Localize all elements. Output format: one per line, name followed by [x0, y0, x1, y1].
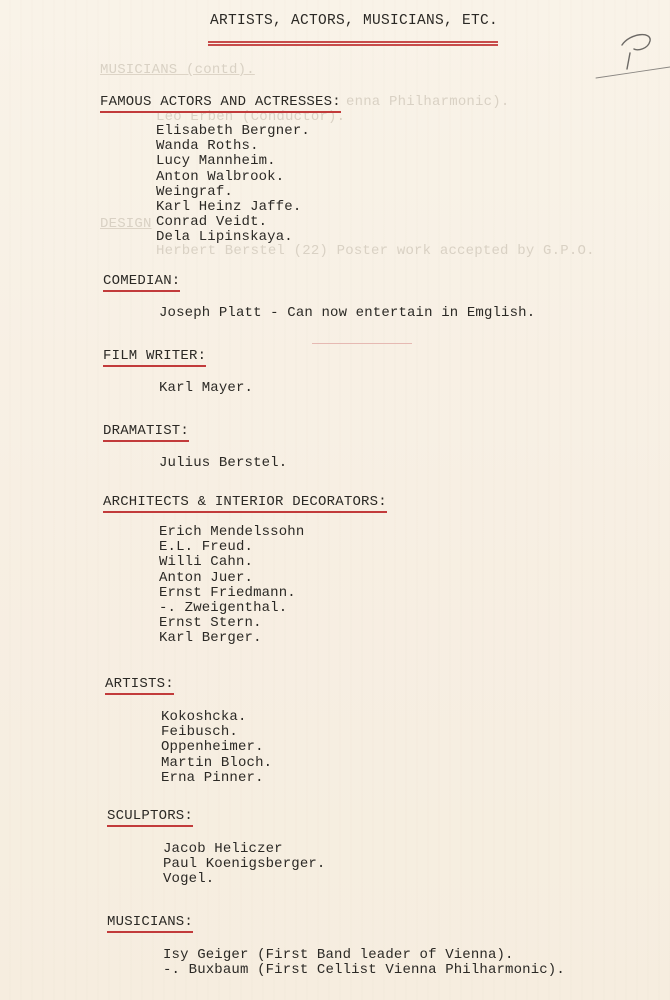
list-item: Willi Cahn.: [159, 555, 387, 570]
list-item: Kokoshcka.: [161, 710, 272, 725]
section-famous-actors: FAMOUS ACTORS AND ACTRESSES: Elisabeth B…: [100, 92, 341, 246]
list-item: Ernst Friedmann.: [159, 586, 387, 601]
list-item: Ernst Stern.: [159, 616, 387, 631]
list-item: Erich Mendelssohn: [159, 525, 387, 540]
list-item: -. Zweigenthal.: [159, 601, 387, 616]
section-sculptors: SCULPTORS: Jacob Heliczer Paul Koenigsbe…: [107, 806, 325, 888]
list-item: Karl Heinz Jaffe.: [156, 200, 341, 215]
section-artists: ARTISTS: Kokoshcka. Feibusch. Oppenheime…: [105, 674, 272, 786]
list-item: Jacob Heliczer: [163, 842, 325, 857]
section-heading: SCULPTORS:: [107, 808, 193, 827]
list-item: E.L. Freud.: [159, 540, 387, 555]
list-item: Weingraf.: [156, 185, 341, 200]
list-item: Anton Walbrook.: [156, 170, 341, 185]
list-item: Elisabeth Bergner.: [156, 124, 341, 139]
document-title: ARTISTS, ACTORS, MUSICIANS, ETC.: [210, 13, 498, 29]
list-item: Anton Juer.: [159, 571, 387, 586]
list-item: Oppenheimer.: [161, 740, 272, 755]
list-item: Karl Mayer.: [159, 381, 253, 396]
section-heading: FAMOUS ACTORS AND ACTRESSES:: [100, 94, 341, 113]
list-item: Erna Pinner.: [161, 771, 272, 786]
list-item: Joseph Platt - Can now entertain in Emgl…: [159, 306, 535, 321]
section-musicians: MUSICIANS: Isy Geiger (First Band leader…: [107, 912, 565, 978]
list-item: Lucy Mannheim.: [156, 154, 341, 169]
section-heading: DRAMATIST:: [103, 423, 189, 442]
list-item: Feibusch.: [161, 725, 272, 740]
list-item: -. Buxbaum (First Cellist Vienna Philhar…: [163, 963, 565, 978]
list-item: Dela Lipinskaya.: [156, 230, 341, 245]
list-item: Karl Berger.: [159, 631, 387, 646]
faint-red-mark: [312, 343, 412, 344]
section-heading: ARCHITECTS & INTERIOR DECORATORS:: [103, 494, 387, 513]
section-architects: ARCHITECTS & INTERIOR DECORATORS: Erich …: [103, 492, 387, 647]
list-item: Paul Koenigsberger.: [163, 857, 325, 872]
list-item: Martin Bloch.: [161, 756, 272, 771]
title-double-underline: [208, 41, 498, 46]
section-heading: MUSICIANS:: [107, 914, 193, 933]
list-item: Vogel.: [163, 872, 325, 887]
section-heading: COMEDIAN:: [103, 273, 180, 292]
section-film-writer: FILM WRITER: Karl Mayer.: [103, 346, 253, 396]
list-item: Conrad Veidt.: [156, 215, 341, 230]
list-item: Isy Geiger (First Band leader of Vienna)…: [163, 948, 565, 963]
section-comedian: COMEDIAN: Joseph Platt - Can now enterta…: [103, 271, 535, 321]
list-item: Julius Berstel.: [159, 456, 287, 471]
section-heading: FILM WRITER:: [103, 348, 206, 367]
bleed-through-text: enna Philharmonic).: [346, 94, 509, 110]
handwritten-p-mark-icon: [590, 25, 670, 85]
bleed-through-text: MUSICIANS (contd).: [100, 62, 255, 78]
section-dramatist: DRAMATIST: Julius Berstel.: [103, 421, 287, 471]
section-heading: ARTISTS:: [105, 676, 174, 695]
list-item: Wanda Roths.: [156, 139, 341, 154]
